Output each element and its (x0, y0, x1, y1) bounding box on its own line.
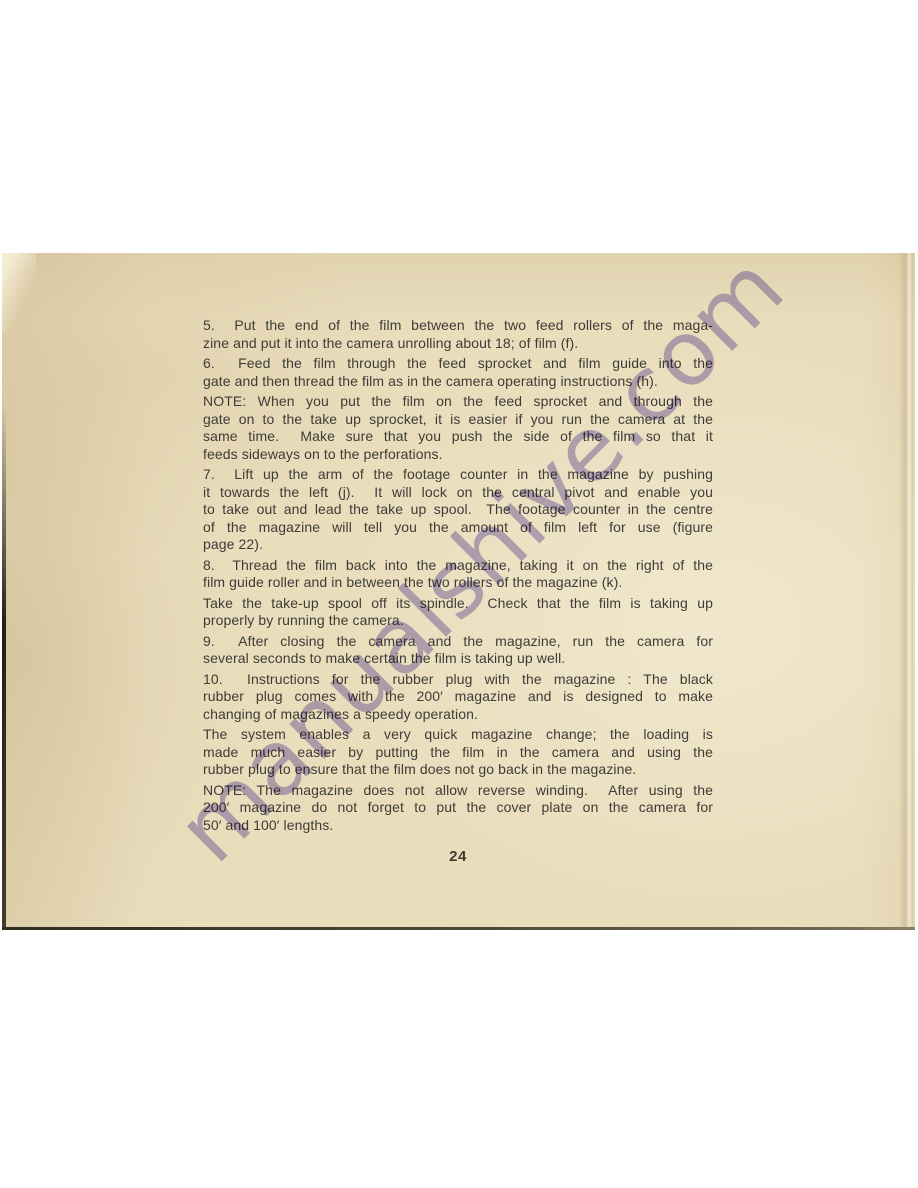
text-line: same time. Make sure that you push the s… (203, 428, 713, 446)
text-line: film guide roller and in between the two… (203, 574, 713, 592)
text-line: 8. Thread the film back into the magazin… (203, 557, 713, 575)
page-corner-fold (2, 253, 36, 333)
text-line: 5. Put the end of the film between the t… (203, 317, 713, 335)
text-line: 10. Instructions for the rubber plug wit… (203, 671, 713, 689)
paragraph-step-6: 6. Feed the film through the feed sprock… (203, 355, 713, 390)
text-line: Take the take-up spool off its spindle. … (203, 595, 713, 613)
text-line: properly by running the camera. (203, 612, 713, 630)
text-line: 50′ and 100′ lengths. (203, 817, 713, 835)
text-line: NOTE: The magazine does not allow revers… (203, 782, 713, 800)
scanned-page: 5. Put the end of the film between the t… (2, 253, 915, 930)
text-line: rubber plug to ensure that the film does… (203, 761, 713, 779)
text-line: gate and then thread the film as in the … (203, 373, 713, 391)
paragraph-step-8: 8. Thread the film back into the magazin… (203, 557, 713, 592)
page-edge-left (2, 403, 6, 930)
text-line: NOTE: When you put the film on the feed … (203, 393, 713, 411)
page-number: 24 (203, 848, 713, 866)
text-line: changing of magazines a speedy operation… (203, 706, 713, 724)
paragraph-step-7: 7. Lift up the arm of the footage counte… (203, 466, 713, 554)
paragraph-takeup-spool: Take the take-up spool off its spindle. … (203, 595, 713, 630)
page-crease (899, 253, 913, 930)
text-line: several seconds to make certain the film… (203, 650, 713, 668)
page-text-column: 5. Put the end of the film between the t… (203, 317, 713, 866)
text-line: of the magazine will tell you the amount… (203, 519, 713, 537)
text-line: zine and put it into the camera unrollin… (203, 335, 713, 353)
text-line: The system enables a very quick magazine… (203, 726, 713, 744)
text-line: made much easier by putting the film in … (203, 744, 713, 762)
text-line: feeds sideways on to the perforations. (203, 446, 713, 464)
text-line: 9. After closing the camera and the maga… (203, 633, 713, 651)
text-line: to take out and lead the take up spool. … (203, 501, 713, 519)
text-line: 6. Feed the film through the feed sprock… (203, 355, 713, 373)
paragraph-step-9: 9. After closing the camera and the maga… (203, 633, 713, 668)
paragraph-step-5: 5. Put the end of the film between the t… (203, 317, 713, 352)
text-line: rubber plug comes with the 200′ magazine… (203, 688, 713, 706)
paragraph-note-reverse-winding: NOTE: The magazine does not allow revers… (203, 782, 713, 835)
paragraph-system: The system enables a very quick magazine… (203, 726, 713, 779)
text-line: gate on to the take up sprocket, it is e… (203, 411, 713, 429)
text-line: 7. Lift up the arm of the footage counte… (203, 466, 713, 484)
text-line: page 22). (203, 536, 713, 554)
paragraph-step-10: 10. Instructions for the rubber plug wit… (203, 671, 713, 724)
text-line: it towards the left (j). It will lock on… (203, 484, 713, 502)
text-line: 200′ magazine do not forget to put the c… (203, 799, 713, 817)
page-edge-bottom (2, 927, 915, 930)
paragraph-note-threading: NOTE: When you put the film on the feed … (203, 393, 713, 463)
